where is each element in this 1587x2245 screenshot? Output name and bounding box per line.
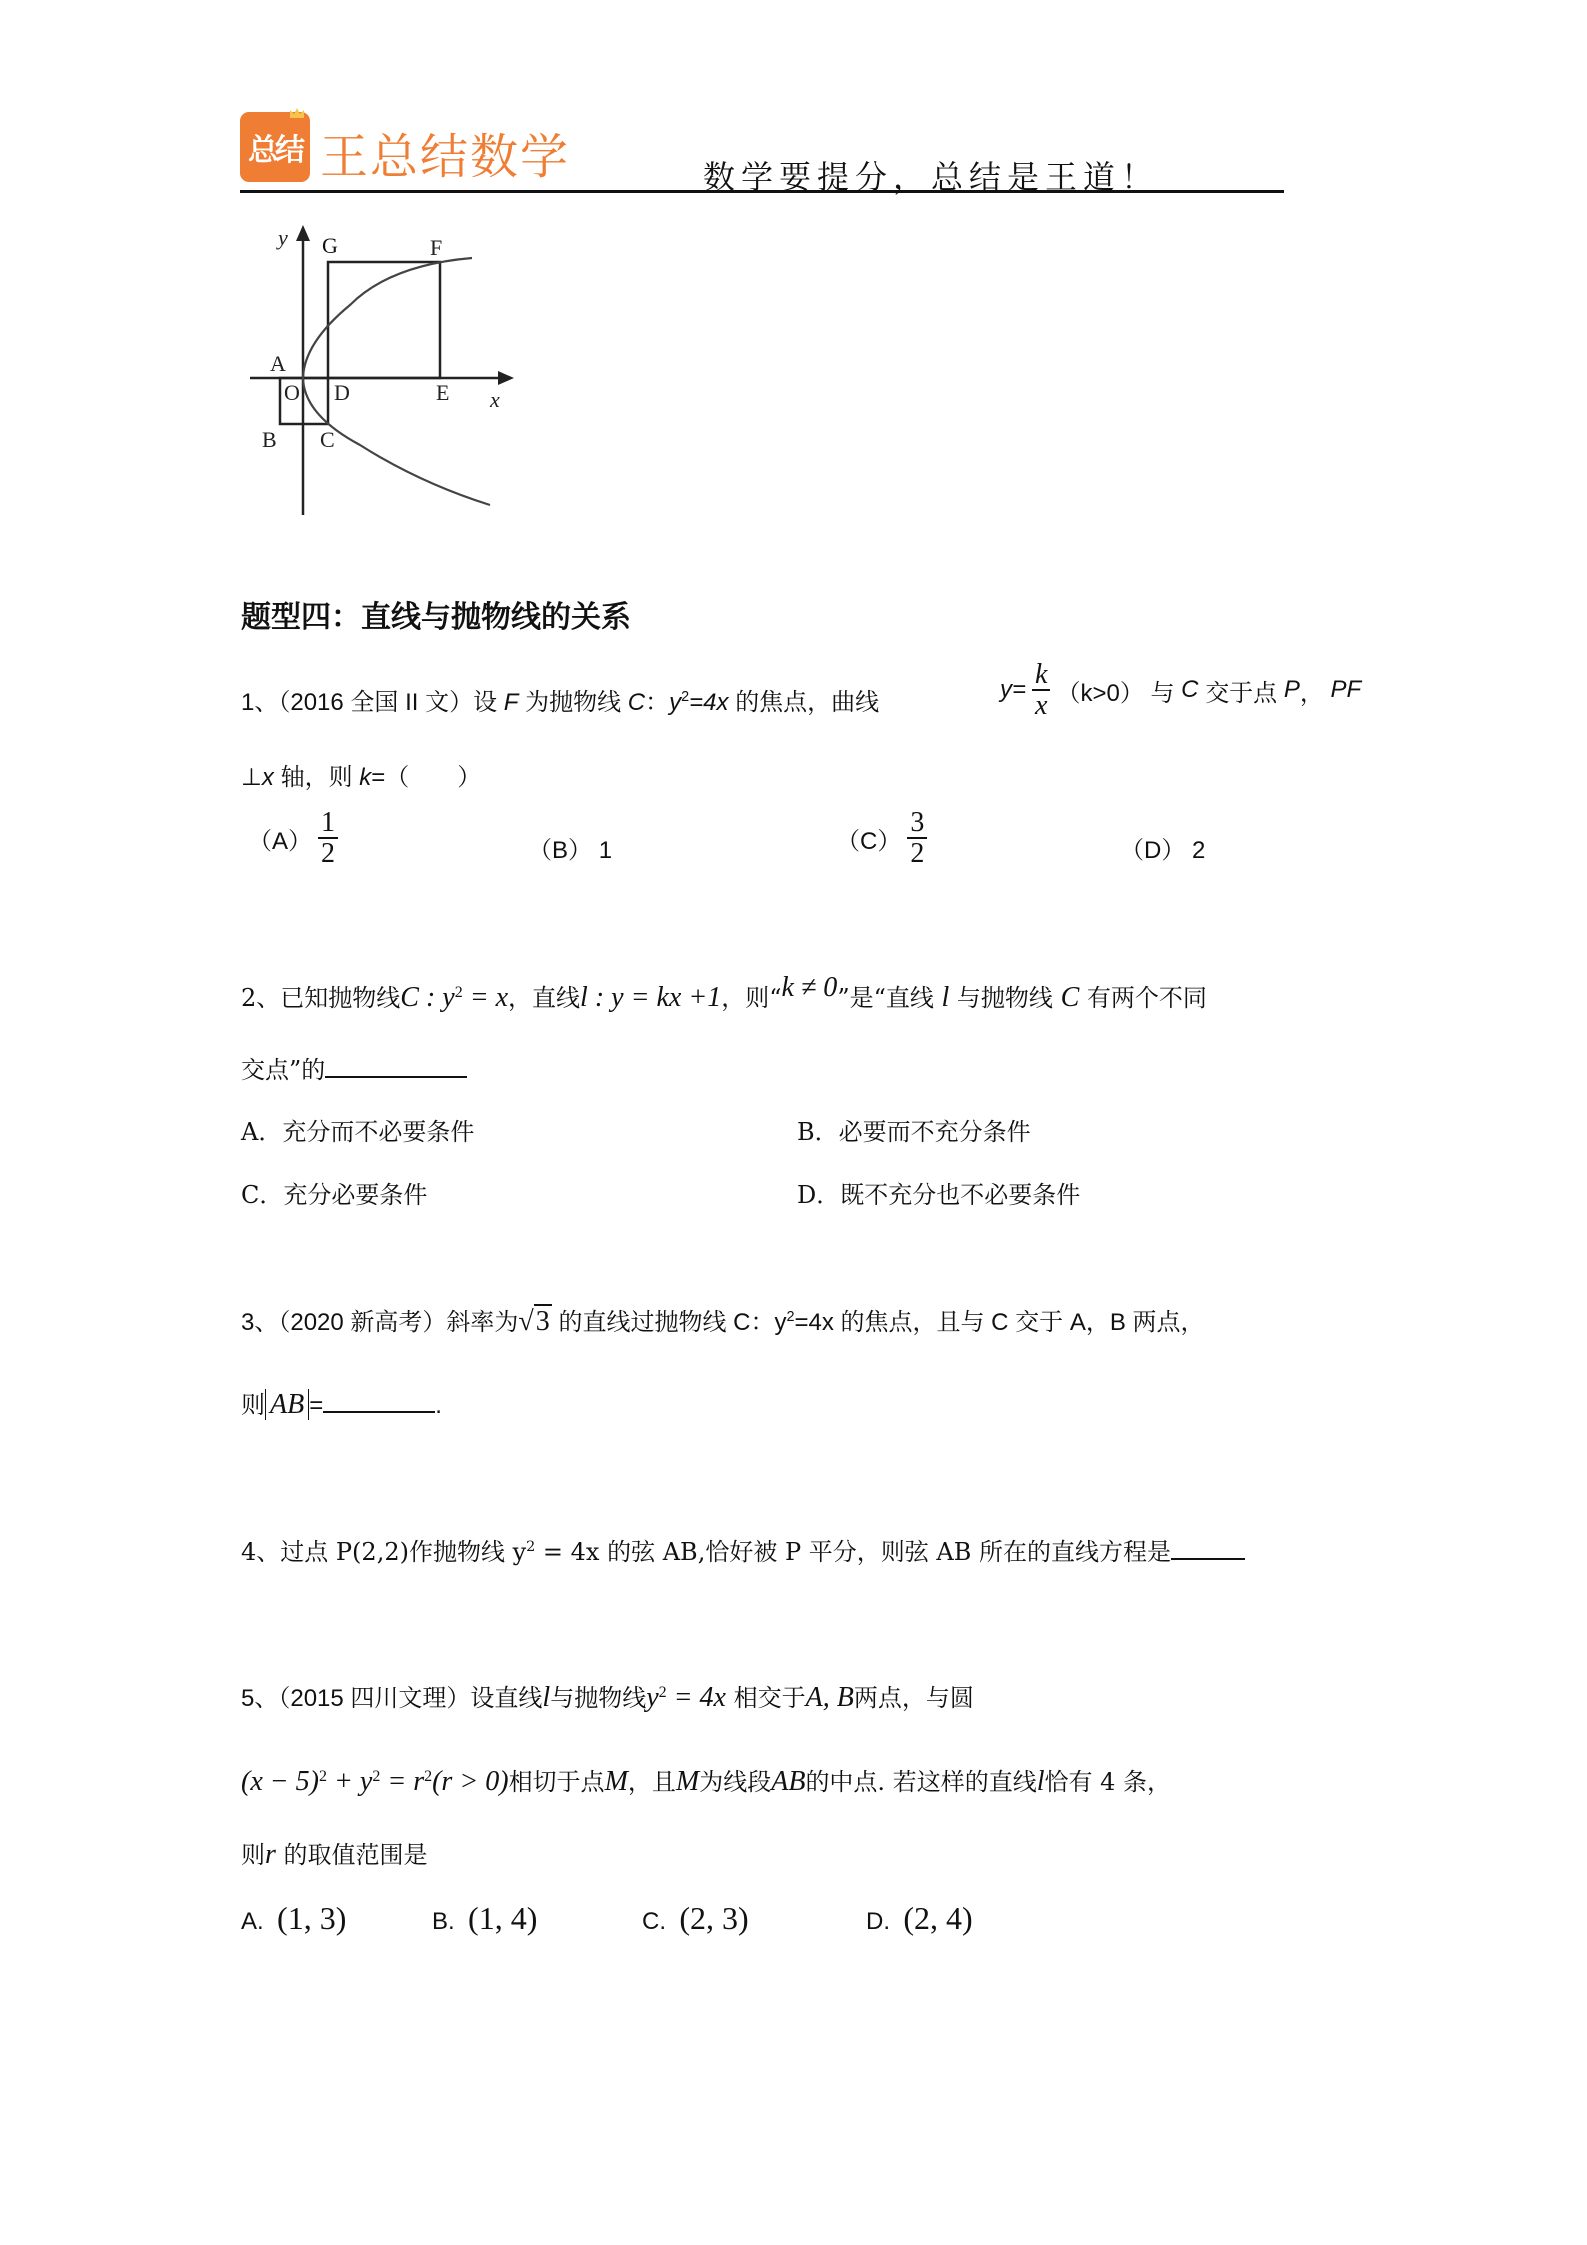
question-1-line-1-end: y= kx （k>0） 与 C 交于点 P， PF	[1000, 660, 1361, 721]
svg-text:x: x	[489, 387, 500, 412]
question-3-line-2: 则AB=.	[241, 1385, 442, 1421]
header-divider	[240, 190, 1284, 193]
answer-blank[interactable]	[325, 1076, 467, 1078]
answer-blank[interactable]	[1171, 1558, 1245, 1560]
question-1-option-b[interactable]: （B） 1	[528, 830, 612, 865]
brand-name: 王总结数学	[320, 118, 570, 187]
question-1-line-1: 1、（2016 全国 II 文）设 F 为抛物线 C：y2=4x 的焦点，曲线	[241, 682, 879, 717]
question-5-option-c[interactable]: C. (2, 3)	[642, 1900, 749, 1937]
crown-icon	[290, 108, 304, 118]
svg-text:B: B	[262, 427, 277, 452]
svg-text:O: O	[284, 380, 300, 405]
question-5-line-2: (x − 5)2 + y2 = r2(r > 0)相切于点M，且M为线段AB的中…	[241, 1762, 1171, 1798]
question-1-option-d[interactable]: （D） 2	[1120, 830, 1205, 865]
question-2-option-c[interactable]: C．充分必要条件	[241, 1175, 427, 1210]
question-4: 4、过点 P(2,2)作抛物线 y2 = 4x 的弦 AB,恰好被 P 平分，则…	[241, 1532, 1245, 1567]
question-5-line-1: 5、（2015 四川文理）设直线l与抛物线y2 = 4x 相交于A, B两点，与…	[241, 1678, 974, 1714]
y-axis-arrow-icon	[296, 225, 310, 241]
question-2-option-a[interactable]: A．充分而不必要条件	[241, 1112, 474, 1147]
x-axis-arrow-icon	[498, 371, 514, 385]
point-label-g: G	[322, 233, 338, 259]
svg-text:F: F	[430, 235, 442, 260]
question-5-option-b[interactable]: B. (1, 4)	[432, 1900, 537, 1937]
question-5-option-a[interactable]: A. (1, 3)	[241, 1900, 346, 1937]
svg-text:E: E	[436, 380, 449, 405]
parabola-diagram: y x A O B C D E F G	[240, 225, 530, 525]
svg-text:D: D	[334, 380, 350, 405]
question-1-option-a[interactable]: （A）12	[248, 808, 344, 869]
question-2-option-b[interactable]: B．必要而不充分条件	[797, 1112, 1031, 1147]
question-3-line-1: 3、（2020 新高考）斜率为√3 的直线过抛物线 C：y2=4x 的焦点，且与…	[241, 1302, 1205, 1338]
question-1-line-2: ⊥x 轴，则 k=（ ）	[241, 757, 481, 792]
question-2-option-d[interactable]: D．既不充分也不必要条件	[797, 1175, 1080, 1210]
answer-blank[interactable]	[323, 1411, 435, 1413]
question-5-option-d[interactable]: D. (2, 4)	[866, 1900, 973, 1937]
logo-badge: 总结	[240, 112, 310, 182]
svg-text:A: A	[270, 351, 286, 376]
svg-text:C: C	[320, 427, 335, 452]
question-2-line-2: 交点”的	[241, 1050, 467, 1085]
section-title: 题型四：直线与抛物线的关系	[241, 592, 631, 636]
question-1-option-c[interactable]: （C）32	[836, 808, 933, 869]
question-5-line-3: 则r 的取值范围是	[241, 1835, 428, 1871]
logo-text: 总结	[248, 125, 302, 169]
question-2-line-1: 2、已知抛物线C : y2 = x，直线l : y = kx +1，则“k ≠ …	[241, 978, 1207, 1014]
svg-text:y: y	[276, 225, 288, 250]
